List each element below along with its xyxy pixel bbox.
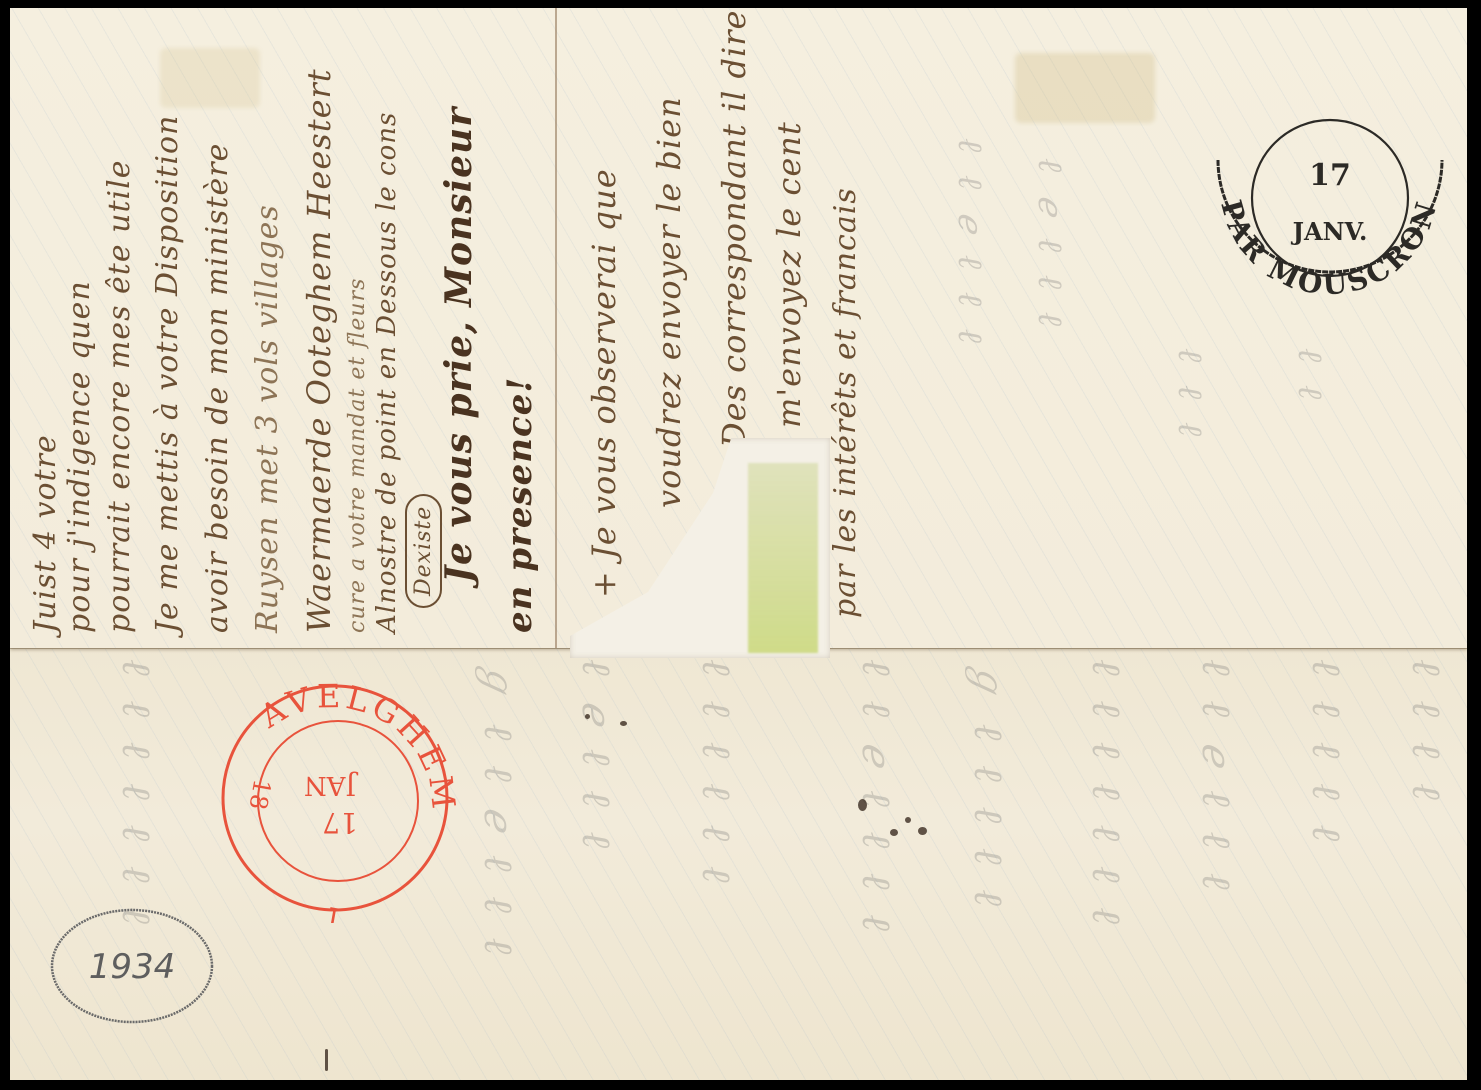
postmark-mouscron-town: PAR MOUSCRON (1214, 196, 1444, 302)
handwritten-line: avoir besoin de mon ministère (200, 143, 235, 633)
handwritten-line: Juist 4 votre (28, 434, 63, 633)
handwritten-line: Je vous prie, Monsieur (438, 107, 480, 583)
handwritten-line: m'envoyez le cent (770, 121, 808, 428)
handwritten-line: en presence! (500, 377, 540, 633)
handwritten-line: Je me mettis à votre Disposition (150, 115, 185, 633)
handwritten-line: pourrait encore mes ête utile (102, 160, 137, 633)
handwritten-line: + Je vous observerai que (585, 168, 623, 598)
handwritten-line: Waermaerde Ooteghem Heestert (300, 68, 338, 633)
bleed-through-writing: ℓ ℯ ℓ ℓ ℓ (573, 659, 620, 854)
postmark-avelghem: AVELGHEM 17 JAN 18 1 (210, 673, 460, 923)
handwritten-line: par les intérêts et francais (828, 187, 863, 618)
postmark-avelghem-month: JAN (304, 770, 359, 800)
handwritten-line: Alnostre de point en Dessous le cons (372, 112, 402, 633)
bleed-through-writing: ℊ ℓ ℓ ℯ ℓ ℓ ℓ (473, 659, 530, 960)
postmark-mouscron: PAR MOUSCRON 17 JANV. (1190, 90, 1460, 335)
handwritten-line: pour j'indigence quen (62, 280, 97, 633)
postmark-mouscron-month: JANV. (1291, 217, 1368, 246)
bleed-through-writing: ℓ ℓ ℓ ℓ ℓ ℓ (693, 659, 740, 889)
bleed-through-writing: ℓ ℓ ℓ ℓ ℓ ℓ ℓ (113, 659, 160, 930)
bleed-through-writing: ℊ ℓ ℓ ℓ ℓ ℓ (963, 659, 1020, 912)
bleed-through-writing: ℓ ℓ ℓ ℓ ℓ ℓ ℓ (1083, 659, 1130, 930)
postmark-avelghem-year-right: 1 (323, 900, 345, 923)
bleed-through-writing: ℓ ℓ ℯ ℓ ℓ ℓ (1193, 659, 1240, 896)
postmark-mouscron-day: 17 (1309, 158, 1351, 193)
pencil-inventory-note: 1934 (48, 906, 216, 1026)
handwritten-line: voudrez envoyer le bien (650, 96, 688, 508)
handwritten-line: cure a votre mandat et fleurs (345, 278, 370, 633)
postmark-avelghem-day: 17 (322, 806, 358, 839)
svg-text:PAR MOUSCRON: PAR MOUSCRON (1214, 196, 1444, 302)
handwritten-circled-word: Dexiste (405, 494, 442, 608)
postmark-avelghem-year-left: 18 (243, 777, 276, 812)
column-rule (555, 8, 557, 648)
bleed-through-writing: ℓ ℓ ℓ ℓ ℓ (1303, 659, 1350, 847)
wafer-seal-stain (748, 463, 818, 653)
pencil-note-number: 1934 (89, 947, 176, 987)
letter-sheet: ℓ ℓ ℓ ℓ ℓ ℓ ℓ ℊ ℓ ℓ ℯ ℓ ℓ ℓ ℓ ℯ ℓ ℓ ℓ ℓ … (10, 8, 1467, 1080)
handwritten-line: Ruysen met 3 vols villages (250, 204, 285, 633)
handwritten-line: Des correspondant il dire (715, 10, 753, 448)
bleed-through-writing: ℓ ℓ ℯ ℓ ℓ ℓ ℓ (853, 659, 900, 937)
bleed-through-writing: ℓ ℓ ℓ ℓ (1403, 659, 1450, 806)
